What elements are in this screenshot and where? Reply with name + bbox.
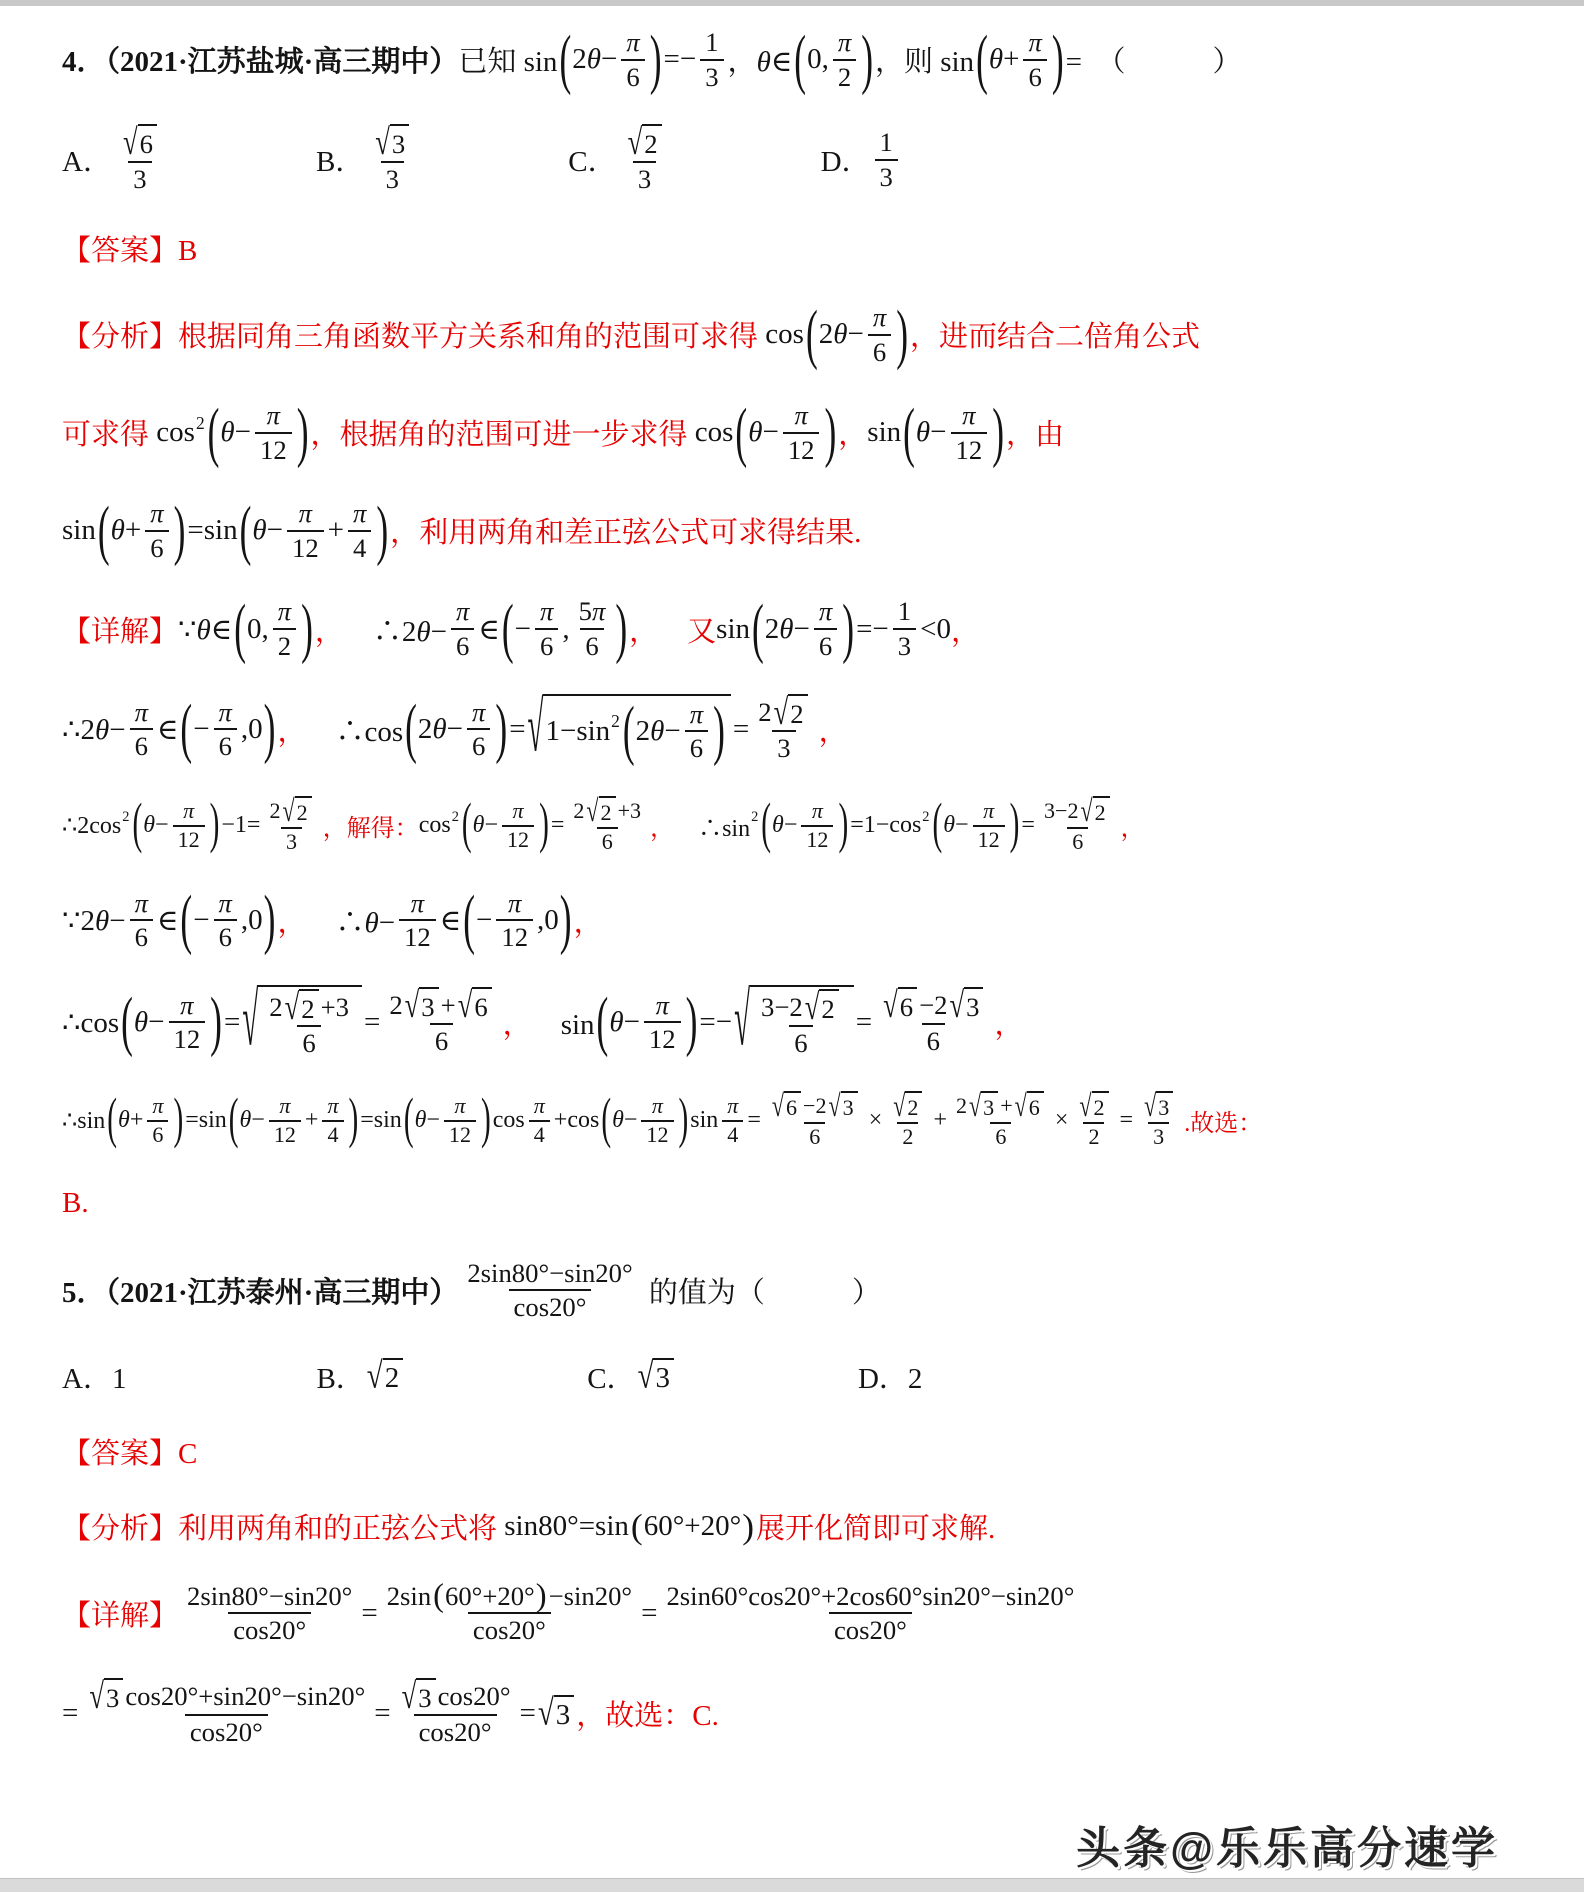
fraction: π6 bbox=[814, 595, 837, 662]
text-run: ， bbox=[629, 616, 658, 648]
text-run: ∈ bbox=[478, 612, 499, 647]
fraction: 5π6 bbox=[574, 595, 611, 662]
paren-content: 60°+20° bbox=[644, 1510, 742, 1543]
radical-icon: √ bbox=[893, 1091, 905, 1122]
text-run: = bbox=[733, 713, 749, 746]
paren-content: 2θ−π6 bbox=[418, 696, 494, 763]
text-run: B． bbox=[316, 139, 364, 180]
fraction: π12 bbox=[973, 798, 1005, 854]
radicand: 2 bbox=[599, 796, 616, 827]
text-run: ,0 bbox=[537, 904, 559, 937]
open-paren-icon: ( bbox=[931, 798, 943, 854]
denominator: 12 bbox=[801, 825, 833, 854]
text-run: 3 bbox=[556, 1699, 571, 1732]
text-run: =− bbox=[856, 613, 889, 646]
bold-text: 5．（2021·江苏泰州·高三期中） bbox=[62, 1270, 458, 1311]
text-run: 0, bbox=[807, 43, 829, 76]
text-run: C． bbox=[587, 1356, 635, 1397]
radicand: 3 bbox=[419, 987, 438, 1024]
superscript: 2 bbox=[611, 711, 620, 732]
text-run: 1 bbox=[880, 126, 893, 159]
red-text: ， bbox=[994, 1002, 1023, 1043]
numerator: π bbox=[814, 595, 837, 628]
numerator: π bbox=[449, 1093, 470, 1120]
q5-answer: 【答案】C bbox=[62, 1430, 1542, 1474]
text-run: 【分析】利用两角和的正弦公式将 bbox=[62, 1513, 504, 1545]
text-run: = bbox=[509, 713, 525, 746]
radicand: 3−2√26 bbox=[750, 985, 854, 1060]
numerator: 2√3+√6 bbox=[384, 987, 498, 1024]
paren-content: θ−π12 bbox=[748, 399, 823, 466]
radical-icon: √ bbox=[638, 1358, 654, 1395]
text-run: ∵2θ− bbox=[62, 903, 126, 938]
close-paren-icon: ) bbox=[172, 1093, 184, 1149]
radicand: 6 bbox=[1027, 1091, 1044, 1122]
text-run: 6 bbox=[1029, 1095, 1040, 1122]
radical-icon: √ bbox=[772, 1091, 784, 1122]
text-run: θ− bbox=[473, 812, 498, 839]
text-run: ∵θ∈ bbox=[178, 612, 232, 647]
text-run: 又 bbox=[687, 616, 716, 648]
paren-group: (θ−π12) bbox=[403, 1093, 492, 1149]
text-run: 【详解】 bbox=[62, 616, 178, 648]
text-run: 6 bbox=[472, 730, 485, 763]
open-paren-icon: ( bbox=[793, 26, 807, 93]
page-bottom-edge bbox=[0, 1878, 1584, 1892]
paren-group: (0,π2) bbox=[233, 595, 314, 662]
paren-group: (θ−π12+π4) bbox=[239, 497, 390, 564]
radicand: 6 bbox=[138, 124, 157, 161]
square-root: √3 bbox=[829, 1091, 858, 1122]
text-run: ，进而结合二倍角公式 bbox=[910, 321, 1200, 353]
text-run: = bbox=[1120, 1107, 1134, 1134]
close-paren-icon: ) bbox=[685, 989, 699, 1056]
fraction: π12 bbox=[502, 798, 534, 854]
square-root: √2√2+36 bbox=[242, 985, 362, 1060]
denominator: 12 bbox=[502, 825, 534, 854]
text-run: 2 bbox=[1094, 1095, 1105, 1122]
paren-content: 2θ−π6 bbox=[636, 698, 712, 765]
text-run: 已知 sin bbox=[458, 39, 557, 80]
fraction: √33 bbox=[368, 124, 416, 195]
text-run: 6 bbox=[873, 336, 886, 369]
paren-content: θ−π12 bbox=[143, 798, 208, 854]
numerator: π bbox=[722, 1093, 743, 1120]
q4-options: A．√63B．√33C．√23D．13 bbox=[62, 124, 1542, 195]
numerator: √2 bbox=[621, 124, 669, 161]
numerator: π bbox=[621, 26, 644, 59]
fraction: π12 bbox=[783, 399, 820, 466]
text-run: +cos bbox=[554, 1107, 600, 1134]
q5-options: A．1B．√2C．√3D．2 bbox=[62, 1355, 1542, 1399]
radicand: 3 bbox=[1156, 1091, 1173, 1122]
numerator: 2√2 bbox=[753, 694, 814, 731]
denominator: 3 bbox=[700, 59, 723, 94]
fraction: √22 bbox=[1072, 1091, 1115, 1151]
text-run: ，故选：C. bbox=[576, 1700, 719, 1732]
text-run: π bbox=[512, 798, 523, 825]
fraction: π6 bbox=[214, 696, 237, 763]
open-paren-icon: ( bbox=[120, 989, 134, 1056]
text-run: π bbox=[411, 887, 424, 920]
numerator: π bbox=[507, 798, 528, 825]
fraction: π12 bbox=[801, 798, 833, 854]
denominator: 12 bbox=[399, 919, 436, 954]
denominator: 6 bbox=[990, 1122, 1011, 1151]
q5-detail-2: =√3cos20°+sin20°−sin20°cos20°=√3cos20°co… bbox=[62, 1678, 1542, 1749]
text-run: 4 bbox=[327, 1122, 338, 1149]
text-run: ∈ bbox=[440, 903, 461, 938]
text-run: 6 bbox=[1028, 61, 1041, 94]
text-run: 3−2 bbox=[1044, 798, 1079, 825]
red-text: 展开化简即可求解. bbox=[756, 1506, 995, 1547]
text-run: cos20° bbox=[190, 1716, 263, 1749]
q4-detail-2: ∴2θ−π6∈(−π6,0)， ∴cos(2θ−π6)=√1−sin2(2θ−π… bbox=[62, 694, 1542, 765]
denominator: cos20° bbox=[829, 1612, 912, 1647]
text-run: π bbox=[656, 989, 669, 1022]
text-run: 6 bbox=[152, 1122, 163, 1149]
text-run: ∴cos bbox=[62, 1005, 119, 1040]
q4-detail-7: B. bbox=[62, 1182, 1542, 1226]
text-run: cos20° bbox=[473, 1614, 546, 1647]
text-run: θ− bbox=[612, 1107, 637, 1134]
text-run: 12 bbox=[449, 1122, 471, 1149]
denominator: 4 bbox=[322, 1120, 343, 1149]
text-run: = bbox=[641, 1597, 657, 1630]
paren-group: (θ−π12) bbox=[902, 399, 1005, 466]
text-run: = bbox=[747, 1107, 761, 1134]
text-run: 2 bbox=[821, 993, 834, 1026]
red-text: ， bbox=[277, 709, 306, 750]
text-run: 2 bbox=[385, 1362, 400, 1395]
denominator: cos20° bbox=[414, 1714, 497, 1749]
text-run: cos20° bbox=[419, 1716, 492, 1749]
radicand: 1−sin2(2θ−π6) bbox=[543, 694, 730, 765]
text-run: ，根据角的范围可进一步求得 bbox=[310, 419, 694, 451]
paren-group: (θ−π12) bbox=[760, 798, 849, 854]
text-run: 5π bbox=[579, 595, 606, 628]
text-run: 【分析】根据同角三角函数平方关系和角的范围可求得 bbox=[62, 321, 765, 353]
text-run: 12 bbox=[274, 1122, 296, 1149]
q5-stem: 5．（2021·江苏泰州·高三期中）2sin80°−sin20°cos20° 的… bbox=[62, 1257, 1542, 1324]
paren-group: (2θ−π6) bbox=[751, 595, 855, 662]
denominator: 12 bbox=[951, 432, 988, 467]
text-run: 2 bbox=[452, 809, 459, 825]
fraction: π6 bbox=[451, 595, 474, 662]
text-run: 12 bbox=[788, 434, 815, 467]
text-run: 4．（2021·江苏盐城·高三期中） bbox=[62, 46, 458, 78]
red-text: ，根据角的范围可进一步求得 bbox=[310, 412, 694, 453]
paren-group: (60°+20°) bbox=[630, 1509, 755, 1544]
text-run: ，由 bbox=[1006, 419, 1064, 451]
text-run: ，θ∈ bbox=[728, 39, 793, 80]
numerator: π bbox=[868, 301, 891, 334]
paren-group: (2θ−π6) bbox=[805, 301, 909, 368]
numerator: π bbox=[1023, 26, 1046, 59]
text-run: = bbox=[551, 812, 565, 839]
square-root: √6 bbox=[458, 987, 492, 1024]
text-run: 12 bbox=[806, 827, 828, 854]
text-run: 6 bbox=[794, 1027, 807, 1060]
denominator: 6 bbox=[214, 728, 237, 763]
close-paren-icon: ) bbox=[614, 595, 628, 662]
text-run: 12 bbox=[507, 827, 529, 854]
numerator: π bbox=[294, 497, 317, 530]
text-run: 2sin bbox=[387, 1580, 431, 1613]
text-run: 60°+20° bbox=[644, 1510, 742, 1543]
red-text: ，故选：C. bbox=[576, 1693, 719, 1734]
text-run: π bbox=[183, 798, 194, 825]
red-text: ， bbox=[1121, 808, 1145, 843]
fraction: 2sin80°−sin20°cos20° bbox=[182, 1580, 357, 1647]
close-paren-icon: ) bbox=[1009, 798, 1021, 854]
superscript: 2 bbox=[452, 809, 459, 826]
text-run: 4 bbox=[727, 1122, 738, 1149]
paren-group: (θ−π12) bbox=[120, 989, 223, 1056]
denominator: 6 bbox=[868, 334, 891, 369]
text-run: ，则 sin bbox=[875, 39, 974, 80]
text-run: + bbox=[441, 989, 456, 1022]
radical-icon: √ bbox=[528, 694, 544, 765]
text-run: 1 bbox=[705, 26, 718, 59]
text-run: 2 bbox=[389, 989, 402, 1022]
denominator: 4 bbox=[722, 1120, 743, 1149]
fraction: 2√23 bbox=[264, 796, 318, 856]
red-text: ，进而结合二倍角公式 bbox=[910, 314, 1200, 355]
radical-icon: √ bbox=[242, 985, 258, 1060]
text-run: ， bbox=[994, 1009, 1023, 1041]
text-run: 2sin60°cos20°+2cos60°sin20°−sin20° bbox=[666, 1580, 1074, 1613]
denominator: 12 bbox=[444, 1120, 476, 1149]
text-run: =sin bbox=[187, 514, 237, 547]
radicand: 2 bbox=[788, 694, 807, 731]
text-run: 2 bbox=[122, 809, 129, 825]
red-text: 【分析】利用两角和的正弦公式将 bbox=[62, 1506, 504, 1547]
square-root: √2 bbox=[285, 989, 319, 1026]
fraction: 2sin(60°+20°)−sin20°cos20° bbox=[382, 1580, 637, 1647]
radicand: 3 bbox=[653, 1358, 674, 1395]
numerator: π bbox=[406, 887, 429, 920]
text-run: ,0 bbox=[241, 904, 263, 937]
paren-group: (θ−π12) bbox=[600, 1093, 689, 1149]
paren-group: (−π6,5π6) bbox=[501, 595, 628, 662]
square-root: √2 bbox=[893, 1091, 922, 1122]
text-run: 12 bbox=[646, 1122, 668, 1149]
q4-analysis-3: sin(θ+π6)=sin(θ−π12+π4)，利用两角和差正弦公式可求得结果. bbox=[62, 497, 1542, 564]
text-run: = bbox=[856, 1006, 872, 1039]
numerator: π bbox=[130, 887, 153, 920]
numerator: π bbox=[130, 696, 153, 729]
open-paren-icon: ( bbox=[403, 1093, 415, 1149]
denominator: 6 bbox=[467, 728, 490, 763]
fraction: π6 bbox=[147, 1093, 168, 1149]
numerator: 3−2√2 bbox=[1039, 796, 1117, 827]
text-run: 12 bbox=[501, 921, 528, 954]
text-run: 3 bbox=[286, 829, 297, 856]
square-root: √3 bbox=[402, 1678, 436, 1715]
radical-icon: √ bbox=[829, 1091, 841, 1122]
close-paren-icon: ) bbox=[678, 1093, 690, 1149]
denominator: 12 bbox=[644, 1021, 681, 1056]
text-run: cos20°+sin20°−sin20° bbox=[125, 1680, 365, 1713]
radical-icon: √ bbox=[1015, 1091, 1027, 1122]
text-run: =− bbox=[699, 1006, 732, 1039]
text-run: θ− bbox=[415, 1107, 440, 1134]
close-paren-icon: ) bbox=[895, 301, 909, 368]
paren-content: θ−π12 bbox=[916, 399, 991, 466]
text-run: π bbox=[626, 26, 639, 59]
denominator: 6 bbox=[580, 628, 603, 663]
text-run: B. bbox=[62, 1187, 89, 1219]
text-run: ， bbox=[574, 907, 603, 939]
text-run: cos bbox=[695, 416, 734, 449]
square-root: √3 bbox=[538, 1695, 574, 1732]
text-run: +3 bbox=[321, 991, 349, 1024]
text-run: 2 bbox=[301, 993, 314, 1026]
text-run: = bbox=[520, 1697, 536, 1730]
denominator: 6 bbox=[922, 1023, 945, 1058]
text-run: 3 bbox=[880, 161, 893, 194]
numerator: π bbox=[175, 989, 198, 1022]
close-paren-icon: ) bbox=[480, 1093, 492, 1149]
text-run: ∈ bbox=[157, 712, 178, 747]
text-run: 可求得 bbox=[62, 419, 156, 451]
open-paren-icon: ( bbox=[462, 886, 476, 953]
paren-group: (θ−π12) bbox=[734, 399, 837, 466]
denominator: 6 bbox=[1067, 827, 1088, 856]
text-run: 3 bbox=[1153, 1124, 1164, 1151]
text-run: 3 bbox=[983, 1095, 994, 1122]
radical-icon: √ bbox=[1144, 1091, 1156, 1122]
red-text: ， bbox=[503, 1002, 532, 1043]
text-run: π bbox=[962, 399, 975, 432]
paren-content: θ−π12+π4 bbox=[239, 1093, 347, 1149]
denominator: 6 bbox=[804, 1122, 825, 1151]
radical-icon: √ bbox=[969, 1091, 981, 1122]
text-run: 2 bbox=[956, 1093, 967, 1120]
text-run: = bbox=[1021, 812, 1035, 839]
text-run: 2 bbox=[644, 128, 657, 161]
fraction: π4 bbox=[529, 1093, 550, 1149]
text-run: 2 bbox=[902, 1124, 913, 1151]
spacer bbox=[673, 159, 821, 160]
text-run: π bbox=[456, 595, 469, 628]
text-run: cos bbox=[765, 318, 804, 351]
paren-group: (2θ−π6) bbox=[622, 698, 726, 765]
paren-group: (θ+π6) bbox=[106, 1093, 184, 1149]
paren-content: θ−π12 bbox=[612, 1093, 677, 1149]
text-run: 6 bbox=[140, 128, 153, 161]
text-run: π bbox=[727, 1093, 738, 1120]
text-run: ， bbox=[1121, 816, 1145, 842]
denominator: 4 bbox=[529, 1120, 550, 1149]
text-run: π bbox=[812, 798, 823, 825]
text-run: <0 bbox=[920, 613, 951, 646]
fraction: π6 bbox=[467, 696, 490, 763]
close-paren-icon: ) bbox=[841, 595, 855, 662]
text-run: C． bbox=[568, 139, 616, 180]
close-paren-icon: ) bbox=[209, 798, 221, 854]
text-run: 6 bbox=[626, 61, 639, 94]
fraction: 2sin60°cos20°+2cos60°sin20°−sin20°cos20° bbox=[661, 1580, 1079, 1647]
page-top-edge bbox=[0, 0, 1584, 6]
denominator: 6 bbox=[214, 919, 237, 954]
text-run: θ+ bbox=[989, 43, 1020, 76]
text-run: θ− bbox=[916, 416, 947, 449]
red-text: ， bbox=[315, 609, 344, 650]
paren-content: 2θ−π6 bbox=[572, 26, 648, 93]
text-run: 0, bbox=[247, 613, 269, 646]
text-run: ， bbox=[315, 616, 344, 648]
denominator: 6 bbox=[621, 59, 644, 94]
denominator: 4 bbox=[348, 530, 371, 565]
text-run: 12 bbox=[978, 827, 1000, 854]
text-run: π bbox=[327, 1093, 338, 1120]
numerator: π bbox=[147, 1093, 168, 1120]
numerator: π bbox=[145, 497, 168, 530]
denominator: 3 bbox=[281, 827, 302, 856]
text-run: −2 bbox=[919, 989, 947, 1022]
numerator: 2√2 bbox=[264, 796, 318, 827]
text-run: 6 bbox=[135, 921, 148, 954]
close-paren-icon: ) bbox=[375, 497, 389, 564]
text-run: 3−2 bbox=[761, 991, 803, 1024]
text-run: 6 bbox=[585, 630, 598, 663]
text-run: +3 bbox=[618, 798, 642, 825]
square-root: √2 bbox=[283, 796, 312, 827]
radical-icon: √ bbox=[1080, 796, 1092, 827]
text-run: =− bbox=[663, 43, 696, 76]
text-run: ，利用两角和差正弦公式可求得结果. bbox=[390, 517, 861, 549]
text-run: ∴θ− bbox=[306, 900, 395, 941]
text-run: 6 bbox=[456, 630, 469, 663]
superscript: 2 bbox=[751, 809, 758, 826]
text-run: sin bbox=[716, 613, 750, 646]
text-run: ∴sin bbox=[62, 1106, 105, 1135]
text-run: − bbox=[193, 713, 209, 746]
denominator: 12 bbox=[496, 919, 533, 954]
denominator: 12 bbox=[255, 432, 292, 467]
text-run: 6 bbox=[302, 1027, 315, 1060]
text-run: 2 bbox=[751, 809, 758, 825]
text-run: 6 bbox=[135, 730, 148, 763]
text-run: 2θ− bbox=[819, 318, 864, 351]
denominator: 6 bbox=[145, 530, 168, 565]
denominator: 2 bbox=[833, 59, 856, 94]
fraction: 2√2+36 bbox=[264, 989, 354, 1060]
fraction: π6 bbox=[130, 887, 153, 954]
paren-group: (0,π2) bbox=[793, 26, 874, 93]
square-root: √2 bbox=[367, 1358, 403, 1395]
square-root: √2 bbox=[628, 124, 662, 161]
text-run: ， bbox=[650, 816, 674, 842]
paren-group: (2θ−π6) bbox=[558, 26, 662, 93]
open-paren-icon: ( bbox=[501, 595, 515, 662]
text-run: π bbox=[219, 887, 232, 920]
radical-icon: √ bbox=[1079, 1091, 1091, 1122]
radicand: 2 bbox=[383, 1358, 404, 1395]
text-run: ∈ bbox=[157, 903, 178, 938]
text-run: A．1 bbox=[62, 1356, 126, 1397]
denominator: 3 bbox=[128, 161, 151, 196]
red-text: .故选： bbox=[1184, 1103, 1262, 1138]
text-run: = bbox=[364, 1006, 380, 1039]
text-run: 2 bbox=[196, 413, 205, 433]
text-run: 6 bbox=[219, 730, 232, 763]
red-text: ， bbox=[277, 900, 306, 941]
paren-content: 0,π2 bbox=[247, 595, 300, 662]
paren-content: 2θ−π6 bbox=[819, 301, 895, 368]
